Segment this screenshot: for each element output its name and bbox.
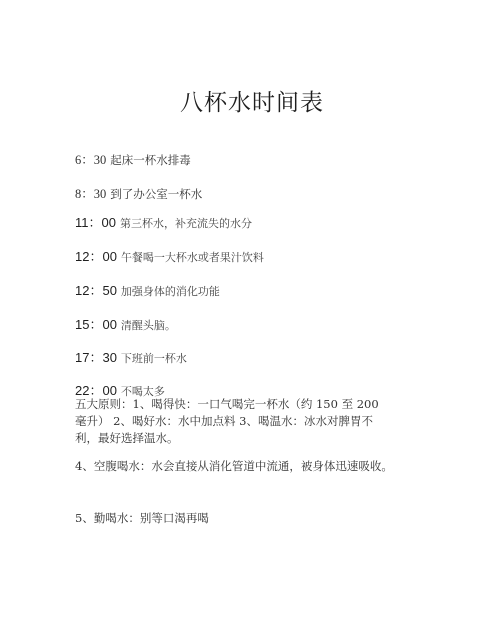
schedule-item: 15：00清醒头脑。 — [75, 314, 176, 333]
schedule-desc: 第三杯水，补充流失的水分 — [120, 217, 252, 230]
schedule-time: 8：30 — [75, 187, 106, 201]
schedule-time: 17：30 — [75, 350, 117, 365]
schedule-desc: 清醒头脑。 — [121, 319, 176, 332]
schedule-desc: 午餐喝一大杯水或者果汁饮料 — [121, 251, 264, 264]
principle-5: 5、勤喝水：别等口渴再喝 — [75, 510, 387, 527]
schedule-desc: 起床一杯水排毒 — [110, 153, 191, 167]
schedule-item: 6：30起床一杯水排毒 — [75, 150, 191, 168]
schedule-item: 8：30到了办公室一杯水 — [75, 184, 202, 202]
schedule-time: 15：00 — [75, 317, 117, 332]
schedule-item: 11：00第三杯水，补充流失的水分 — [75, 212, 252, 231]
schedule-item: 12：00午餐喝一大杯水或者果汁饮料 — [75, 246, 264, 265]
schedule-time: 12：50 — [75, 283, 117, 298]
principle-4: 4、空腹喝水：水会直接从消化管道中流通，被身体迅速吸收。 — [75, 458, 455, 475]
page-title: 八杯水时间表 — [0, 84, 500, 117]
schedule-time: 12：00 — [75, 249, 117, 264]
schedule-time: 6：30 — [75, 153, 106, 167]
schedule-desc: 加强身体的消化功能 — [121, 285, 220, 298]
schedule-desc: 到了办公室一杯水 — [110, 187, 202, 201]
schedule-time: 11：00 — [75, 215, 116, 230]
schedule-item: 17：30下班前一杯水 — [75, 347, 187, 366]
principles-paragraph: 五大原则：1、喝得快：一口气喝完一杯水（约 150 至 200 毫升） 2、喝好… — [75, 396, 387, 447]
schedule-item: 12：50加强身体的消化功能 — [75, 280, 220, 299]
schedule-desc: 下班前一杯水 — [121, 352, 187, 365]
